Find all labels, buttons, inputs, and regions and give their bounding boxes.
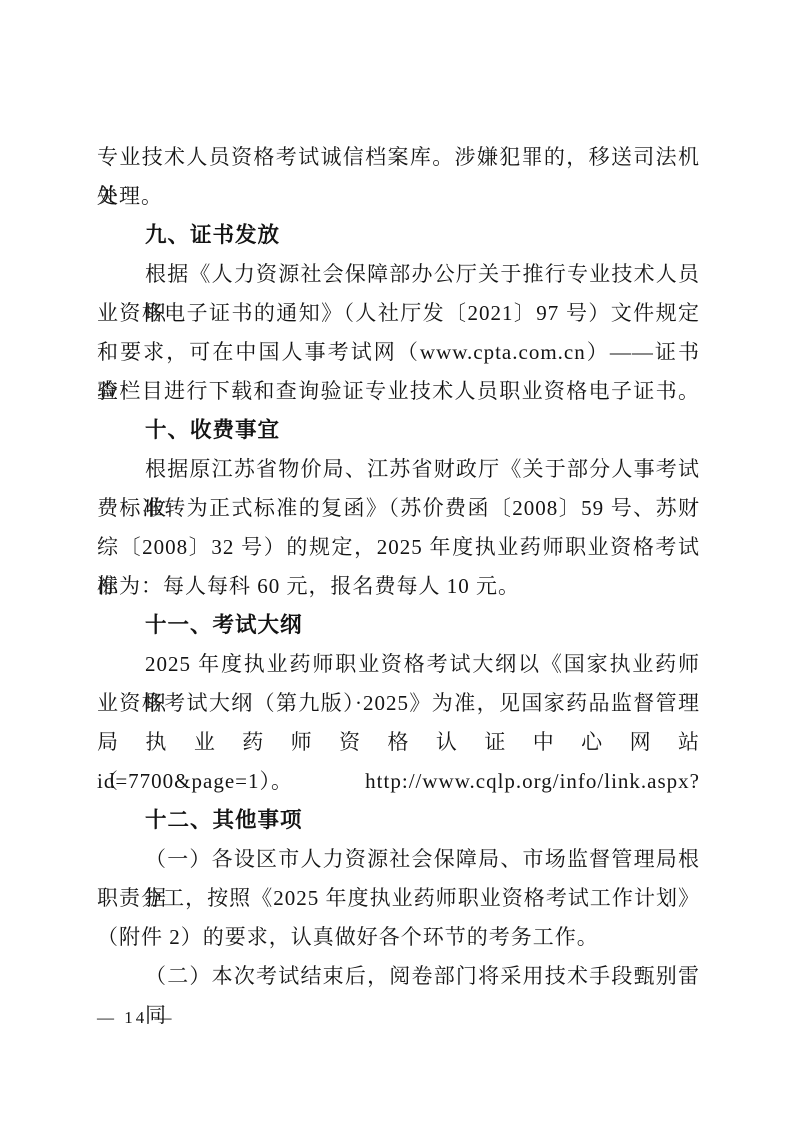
paragraph-line: （一）各设区市人力资源社会保障局、市场监督管理局根据	[97, 840, 700, 879]
paragraph-line: 专业技术人员资格考试诚信档案库。涉嫌犯罪的，移送司法机关	[97, 138, 700, 177]
page-number: — 14 —	[97, 1008, 175, 1028]
paragraph-line: 局执业药师资格认证中心网站（http://www.cqlp.org/info/l…	[97, 723, 700, 762]
document-body: 专业技术人员资格考试诚信档案库。涉嫌犯罪的，移送司法机关 处理。 九、证书发放 …	[97, 138, 700, 996]
paragraph-line: 根据原江苏省物价局、江苏省财政厅《关于部分人事考试收	[97, 450, 700, 489]
paragraph-line: 职责分工，按照《2025 年度执业药师职业资格考试工作计划》	[97, 879, 700, 918]
section-heading: 十二、其他事项	[97, 801, 700, 840]
paragraph-line: 处理。	[97, 177, 700, 216]
paragraph-line: 业资格考试大纲（第九版）·2025》为准，见国家药品监督管理	[97, 684, 700, 723]
paragraph-line: 综〔2008〕32 号）的规定，2025 年度执业药师职业资格考试标	[97, 528, 700, 567]
section-heading: 十一、考试大纲	[97, 606, 700, 645]
paragraph-line: （二）本次考试结束后，阅卷部门将采用技术手段甄别雷同	[97, 957, 700, 996]
paragraph-line: 费标准转为正式标准的复函》（苏价费函〔2008〕59 号、苏财	[97, 489, 700, 528]
paragraph-line: 验栏目进行下载和查询验证专业技术人员职业资格电子证书。	[97, 372, 700, 411]
paragraph-line: 业资格电子证书的通知》（人社厅发〔2021〕97 号）文件规定	[97, 294, 700, 333]
section-heading: 十、收费事宜	[97, 411, 700, 450]
section-heading: 九、证书发放	[97, 216, 700, 255]
paragraph-line: （附件 2）的要求，认真做好各个环节的考务工作。	[97, 918, 700, 957]
paragraph-line: 准为：每人每科 60 元，报名费每人 10 元。	[97, 567, 700, 606]
paragraph-line: 2025 年度执业药师职业资格考试大纲以《国家执业药师职	[97, 645, 700, 684]
section-12-other-matters: 十二、其他事项 （一）各设区市人力资源社会保障局、市场监督管理局根据 职责分工，…	[97, 801, 700, 996]
document-page: 专业技术人员资格考试诚信档案库。涉嫌犯罪的，移送司法机关 处理。 九、证书发放 …	[0, 0, 794, 1123]
paragraph-line: 根据《人力资源社会保障部办公厅关于推行专业技术人员职	[97, 255, 700, 294]
section-9-certificate-issuance: 九、证书发放 根据《人力资源社会保障部办公厅关于推行专业技术人员职 业资格电子证…	[97, 216, 700, 411]
section-11-exam-syllabus: 十一、考试大纲 2025 年度执业药师职业资格考试大纲以《国家执业药师职 业资格…	[97, 606, 700, 801]
paragraph-line: 和要求，可在中国人事考试网（www.cpta.com.cn）——证书查	[97, 333, 700, 372]
section-10-fees: 十、收费事宜 根据原江苏省物价局、江苏省财政厅《关于部分人事考试收 费标准转为正…	[97, 411, 700, 606]
